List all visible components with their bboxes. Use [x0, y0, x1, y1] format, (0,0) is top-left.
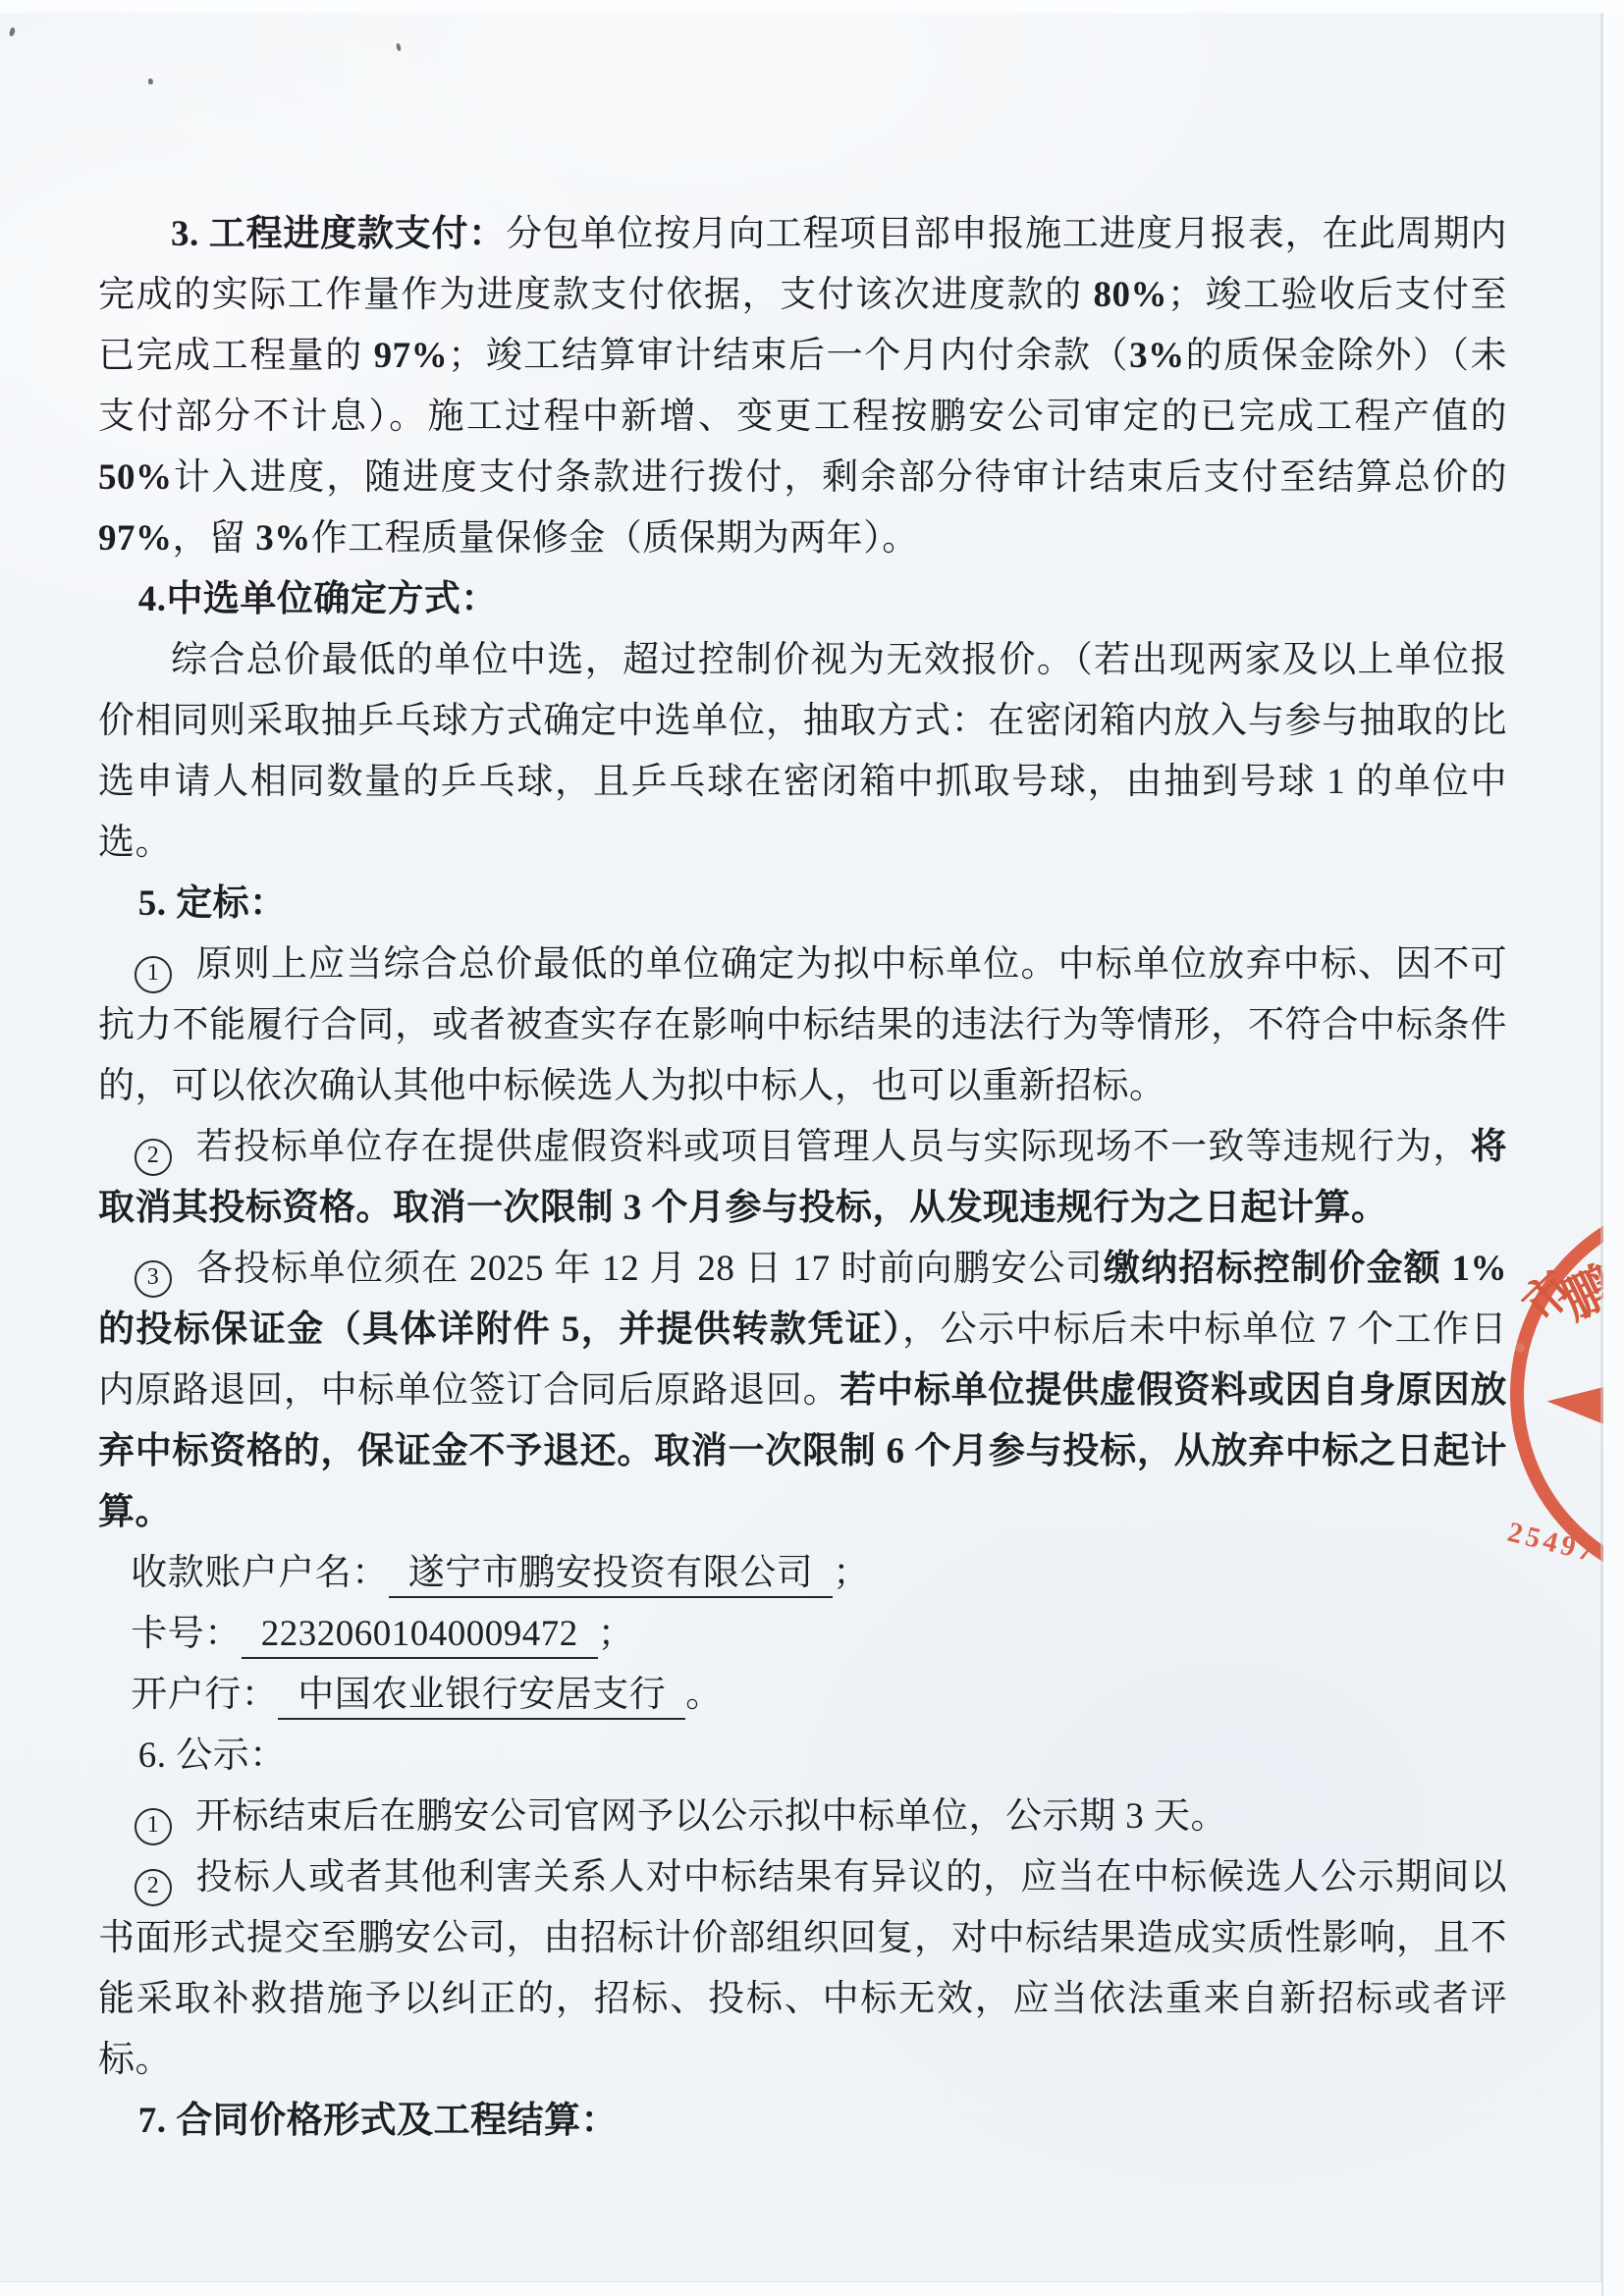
- circled-number-icon: 1: [135, 1808, 172, 1845]
- percent-value: 97%: [374, 336, 449, 376]
- body-text: 开标结束后在鹏安公司官网予以公示拟中标单位，公示期 3 天。: [195, 1796, 1227, 1837]
- percent-value: 80%: [1093, 275, 1167, 315]
- scan-speck: [148, 79, 153, 84]
- list-item-award-1: 1原则上应当综合总价最低的单位确定为拟中标单位。中标单位放弃中标、因不可抗力不能…: [98, 934, 1507, 1117]
- bank-label: 开户行：: [131, 1675, 278, 1715]
- punctuation: 。: [685, 1675, 723, 1715]
- section-4-heading: 4.中选单位确定方式：: [98, 569, 1507, 630]
- official-seal-stamp: 市 鹏 25497: [1414, 1183, 1603, 1595]
- percent-value: 3%: [1129, 336, 1185, 376]
- circled-number-icon: 1: [135, 956, 172, 993]
- paragraph-winner-selection: 综合总价最低的单位中选，超过控制价视为无效报价。（若出现两家及以上单位报价相同则…: [98, 630, 1507, 874]
- account-name-value: 遂宁市鹏安投资有限公司: [389, 1553, 834, 1598]
- page-edge-line: [1600, 0, 1603, 2296]
- list-item-award-3: 3各投标单位须在 2025 年 12 月 28 日 17 时前向鹏安公司缴纳招标…: [98, 1239, 1507, 1543]
- bank-value: 中国农业银行安居支行: [278, 1675, 685, 1720]
- section-5-heading: 5. 定标：: [98, 874, 1507, 934]
- seal-smudge: [1515, 1343, 1525, 1353]
- body-text: 投标人或者其他利害关系人对中标结果有异议的，应当在中标候选人公示期间以书面形式提…: [98, 1857, 1507, 2080]
- body-text: 作工程质量保修金（质保期为两年）。: [311, 518, 919, 559]
- card-number-label: 卡号：: [131, 1614, 242, 1654]
- section-3-heading: 3. 工程进度款支付：: [171, 214, 506, 254]
- circled-number-icon: 2: [135, 1139, 172, 1176]
- card-number-value: 22320601040009472: [242, 1614, 598, 1659]
- circled-number-icon: 3: [135, 1260, 172, 1298]
- body-text: 原则上应当综合总价最低的单位确定为拟中标单位。中标单位放弃中标、因不可抗力不能履…: [98, 944, 1507, 1106]
- scanned-page: 3. 工程进度款支付：分包单位按月向工程项目部申报施工进度月报表，在此周期内完成…: [0, 0, 1624, 2296]
- percent-value: 3%: [255, 518, 311, 559]
- paper-sheet: 3. 工程进度款支付：分包单位按月向工程项目部申报施工进度月报表，在此周期内完成…: [0, 0, 1603, 2296]
- scan-bottom-edge: [0, 2281, 1601, 2296]
- percent-value: 97%: [98, 518, 173, 559]
- body-text: ，留: [173, 518, 256, 559]
- list-item-publicity-1: 1开标结束后在鹏安公司官网予以公示拟中标单位，公示期 3 天。: [98, 1787, 1507, 1847]
- seal-serial-number: 25497: [1504, 1517, 1599, 1569]
- section-7-heading: 7. 合同价格形式及工程结算：: [98, 2091, 1507, 2152]
- account-name-label: 收款账户户名：: [131, 1553, 389, 1593]
- document-body: 3. 工程进度款支付：分包单位按月向工程项目部申报施工进度月报表，在此周期内完成…: [0, 0, 1603, 2152]
- body-text: ；竣工结算审计结束后一个月内付余款（: [448, 336, 1129, 376]
- circled-number-icon: 2: [135, 1869, 172, 1906]
- section-6-heading: 6. 公示：: [98, 1726, 1507, 1787]
- punctuation: ；: [598, 1614, 635, 1654]
- percent-value: 50%: [98, 457, 173, 498]
- body-text: 计入进度，随进度支付条款进行拨付，剩余部分待审计结束后支付至结算总价的: [173, 457, 1508, 498]
- body-text: 若投标单位存在提供虚假资料或项目管理人员与实际现场不一致等违规行为，: [195, 1127, 1471, 1167]
- body-text: 各投标单位须在 2025 年 12 月 28 日 17 时前向鹏安公司: [195, 1249, 1104, 1289]
- paragraph-progress-payment: 3. 工程进度款支付：分包单位按月向工程项目部申报施工进度月报表，在此周期内完成…: [98, 204, 1507, 569]
- account-name-row: 收款账户户名：遂宁市鹏安投资有限公司；: [98, 1543, 1507, 1604]
- card-number-row: 卡号：22320601040009472；: [98, 1604, 1507, 1665]
- list-item-publicity-2: 2投标人或者其他利害关系人对中标结果有异议的，应当在中标候选人公示期间以书面形式…: [98, 1847, 1507, 2091]
- list-item-award-2: 2若投标单位存在提供虚假资料或项目管理人员与实际现场不一致等违规行为，将取消其投…: [98, 1117, 1507, 1239]
- bank-row: 开户行：中国农业银行安居支行。: [98, 1665, 1507, 1726]
- punctuation: ；: [833, 1553, 870, 1593]
- scan-top-edge: [0, 0, 1624, 13]
